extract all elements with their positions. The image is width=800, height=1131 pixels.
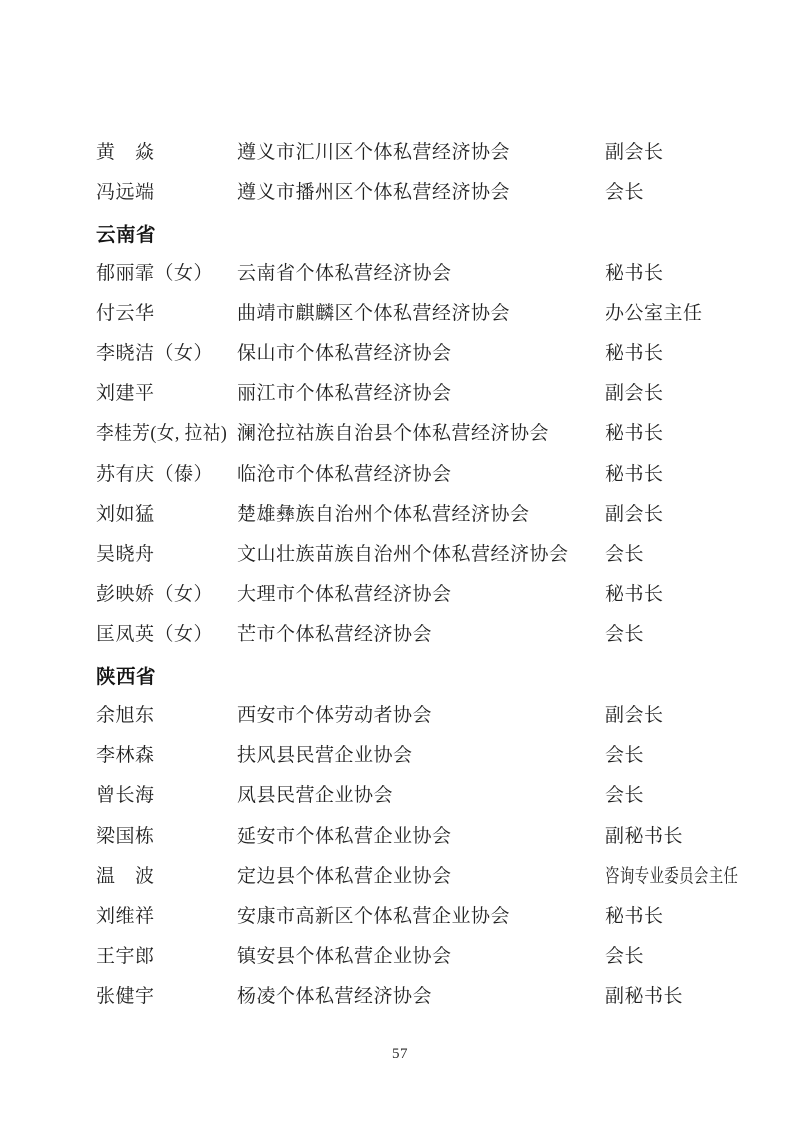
position-title: 副会长 xyxy=(605,706,664,725)
person-name: 匡凤英（女） xyxy=(96,625,237,644)
section-header: 陕西省 xyxy=(96,655,744,696)
table-row: 苏有庆（傣）临沧市个体私营经济协会秘书长 xyxy=(96,454,744,494)
position-title: 副会长 xyxy=(605,505,664,524)
table-row: 冯远端遵义市播州区个体私营经济协会会长 xyxy=(96,172,744,212)
table-row: 匡凤英（女）芒市个体私营经济协会会长 xyxy=(96,615,744,655)
table-row: 曾长海凤县民营企业协会会长 xyxy=(96,776,744,816)
person-name: 李桂芳(女, 拉祜) xyxy=(96,424,227,443)
person-name: 曾长海 xyxy=(96,786,237,805)
position-title: 会长 xyxy=(605,947,644,966)
position-title: 秘书长 xyxy=(605,264,664,283)
position-title: 会长 xyxy=(605,786,644,805)
position-title: 副会长 xyxy=(605,384,664,403)
position-title: 副秘书长 xyxy=(605,827,683,846)
position-title: 秘书长 xyxy=(605,585,664,604)
position-title: 副会长 xyxy=(605,143,664,162)
position-title: 副秘书长 xyxy=(605,987,683,1006)
table-row: 温 波定边县个体私营企业协会咨询专业委员会主任 xyxy=(96,856,744,896)
position-title: 秘书长 xyxy=(605,424,664,443)
person-name: 李林森 xyxy=(96,746,237,765)
organization-name: 遵义市汇川区个体私营经济协会 xyxy=(237,143,605,162)
position-title: 咨询专业委员会主任 xyxy=(605,867,738,886)
person-name: 刘如猛 xyxy=(96,505,237,524)
table-row: 刘建平丽江市个体私营经济协会副会长 xyxy=(96,374,744,414)
document-page: 黄 焱遵义市汇川区个体私营经济协会副会长冯远端遵义市播州区个体私营经济协会会长云… xyxy=(0,0,800,1131)
table-row: 余旭东西安市个体劳动者协会副会长 xyxy=(96,695,744,735)
organization-name: 定边县个体私营企业协会 xyxy=(237,867,605,886)
person-name: 李晓洁（女） xyxy=(96,344,237,363)
person-name: 冯远端 xyxy=(96,183,237,202)
person-name: 郁丽霏（女） xyxy=(96,264,237,283)
page-number: 57 xyxy=(0,1046,800,1063)
section-header: 云南省 xyxy=(96,212,744,253)
organization-name: 文山壮族苗族自治州个体私营经济协会 xyxy=(237,545,605,564)
table-row: 李桂芳(女, 拉祜)澜沧拉祜族自治县个体私营经济协会秘书长 xyxy=(96,414,744,454)
organization-name: 镇安县个体私营企业协会 xyxy=(237,947,605,966)
province-name: 云南省 xyxy=(96,219,156,247)
position-title: 会长 xyxy=(605,746,644,765)
person-name: 张健宇 xyxy=(96,987,237,1006)
position-title: 会长 xyxy=(605,545,644,564)
organization-name: 安康市高新区个体私营企业协会 xyxy=(237,907,605,926)
table-row: 彭映娇（女）大理市个体私营经济协会秘书长 xyxy=(96,574,744,614)
table-row: 王宇郎镇安县个体私营企业协会会长 xyxy=(96,937,744,977)
table-row: 刘如猛楚雄彝族自治州个体私营经济协会副会长 xyxy=(96,494,744,534)
table-row: 吴晓舟文山壮族苗族自治州个体私营经济协会会长 xyxy=(96,534,744,574)
person-name: 吴晓舟 xyxy=(96,545,237,564)
organization-name: 临沧市个体私营经济协会 xyxy=(237,465,605,484)
organization-name: 澜沧拉祜族自治县个体私营经济协会 xyxy=(237,424,605,443)
table-row: 李晓洁（女）保山市个体私营经济协会秘书长 xyxy=(96,333,744,373)
organization-name: 芒市个体私营经济协会 xyxy=(237,625,605,644)
table-row: 刘维祥安康市高新区个体私营企业协会秘书长 xyxy=(96,896,744,936)
person-name: 余旭东 xyxy=(96,706,237,725)
organization-name: 大理市个体私营经济协会 xyxy=(237,585,605,604)
organization-name: 保山市个体私营经济协会 xyxy=(237,344,605,363)
person-name: 刘维祥 xyxy=(96,907,237,926)
province-name: 陕西省 xyxy=(96,661,156,689)
person-name: 梁国栋 xyxy=(96,827,237,846)
position-title: 秘书长 xyxy=(605,907,664,926)
organization-name: 云南省个体私营经济协会 xyxy=(237,264,605,283)
organization-name: 凤县民营企业协会 xyxy=(237,786,605,805)
organization-name: 扶风县民营企业协会 xyxy=(237,746,605,765)
person-name: 黄 焱 xyxy=(96,143,237,162)
organization-name: 楚雄彝族自治州个体私营经济协会 xyxy=(237,505,605,524)
table-row: 郁丽霏（女）云南省个体私营经济协会秘书长 xyxy=(96,253,744,293)
person-name: 王宇郎 xyxy=(96,947,237,966)
person-name: 苏有庆（傣） xyxy=(96,465,237,484)
position-title: 秘书长 xyxy=(605,465,664,484)
organization-name: 遵义市播州区个体私营经济协会 xyxy=(237,183,605,202)
position-title: 会长 xyxy=(605,625,644,644)
person-name: 刘建平 xyxy=(96,384,237,403)
table-row: 梁国栋延安市个体私营企业协会副秘书长 xyxy=(96,816,744,856)
table-row: 李林森扶风县民营企业协会会长 xyxy=(96,736,744,776)
roster-table: 黄 焱遵义市汇川区个体私营经济协会副会长冯远端遵义市播州区个体私营经济协会会长云… xyxy=(96,132,744,1017)
person-name: 温 波 xyxy=(96,867,237,886)
table-row: 张健宇杨凌个体私营经济协会副秘书长 xyxy=(96,977,744,1017)
position-title: 会长 xyxy=(605,183,644,202)
position-title: 秘书长 xyxy=(605,344,664,363)
table-row: 黄 焱遵义市汇川区个体私营经济协会副会长 xyxy=(96,132,744,172)
organization-name: 西安市个体劳动者协会 xyxy=(237,706,605,725)
person-name: 付云华 xyxy=(96,304,237,323)
position-title: 办公室主任 xyxy=(605,304,703,323)
organization-name: 曲靖市麒麟区个体私营经济协会 xyxy=(237,304,605,323)
organization-name: 杨凌个体私营经济协会 xyxy=(237,987,605,1006)
organization-name: 延安市个体私营企业协会 xyxy=(237,827,605,846)
person-name: 彭映娇（女） xyxy=(96,585,237,604)
organization-name: 丽江市个体私营经济协会 xyxy=(237,384,605,403)
table-row: 付云华曲靖市麒麟区个体私营经济协会办公室主任 xyxy=(96,293,744,333)
